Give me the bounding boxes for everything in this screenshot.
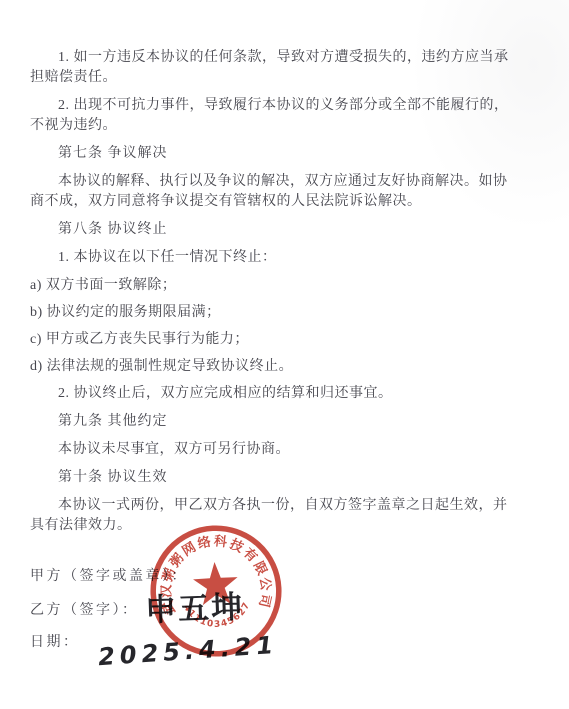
contract-clause: 2. 协议终止后，双方应完成相应的结算和归还事宜。	[30, 384, 511, 404]
section-heading: 第八条 协议终止	[30, 220, 511, 240]
clause-subitem: c) 甲方或乙方丧失民事行为能力；	[30, 330, 511, 350]
handwritten-signature: 申五坤	[144, 581, 245, 629]
clause-subitem: d) 法律法规的强制性规定导致协议终止。	[30, 357, 511, 377]
contract-clause: 1. 本协议在以下任一情况下终止：	[30, 248, 511, 268]
clause-subitem: b) 协议约定的服务期限届满；	[30, 303, 511, 323]
section-heading: 第九条 其他约定	[30, 412, 511, 432]
scanned-contract-page: 1. 如一方违反本协议的任何条款，导致对方遭受损失的，违约方应当承担赔偿责任。 …	[0, 0, 569, 709]
contract-clause: 2. 出现不可抗力事件，导致履行本协议的义务部分或全部不能履行的，不视为违约。	[30, 96, 511, 136]
contract-clause: 本协议未尽事宜，双方可另行协商。	[30, 440, 511, 460]
section-heading: 第十条 协议生效	[30, 468, 511, 488]
contract-clause: 本协议的解释、执行以及争议的解决，双方应通过友好协商解决。如协商不成，双方同意将…	[30, 172, 511, 212]
section-heading: 第七条 争议解决	[30, 144, 511, 164]
clause-subitem: a) 双方书面一致解除；	[30, 276, 511, 296]
contract-clause: 1. 如一方违反本协议的任何条款，导致对方遭受损失的，违约方应当承担赔偿责任。	[30, 48, 511, 88]
